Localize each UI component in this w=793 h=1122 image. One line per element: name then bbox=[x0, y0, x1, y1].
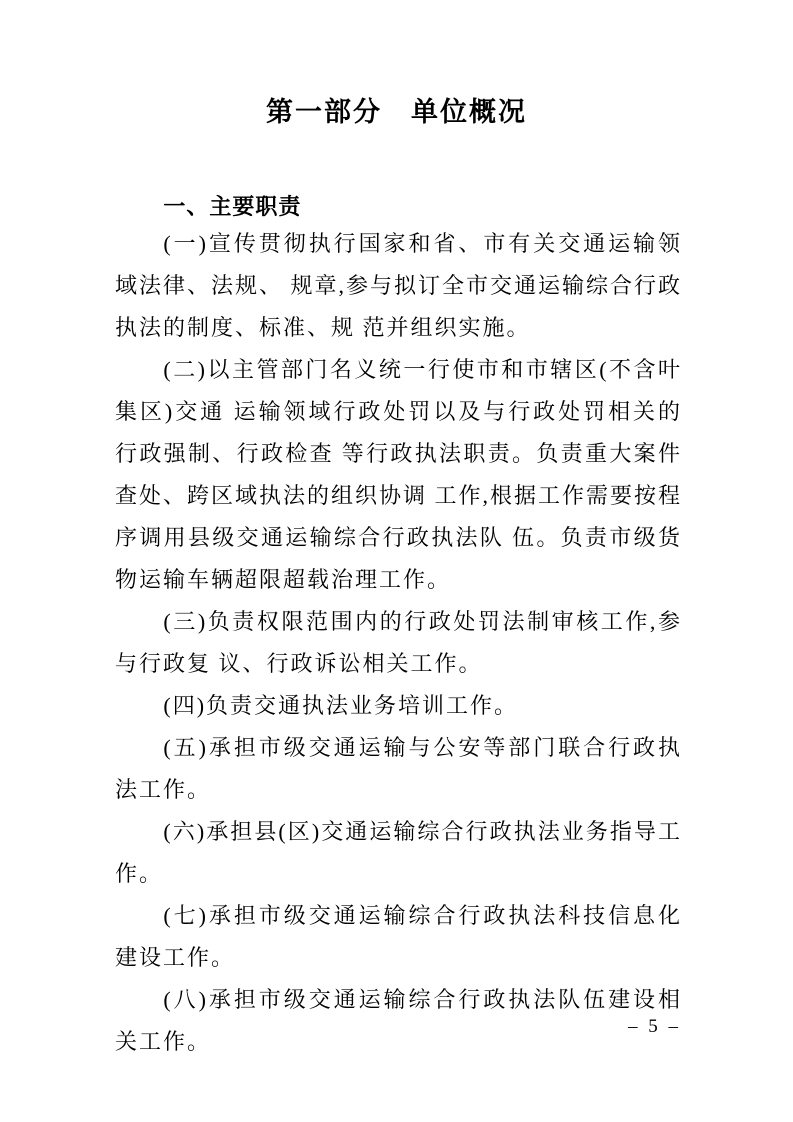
paragraph-list: (一)宣传贯彻执行国家和省、市有关交通运输领域法律、法规、 规章,参与拟订全市交… bbox=[115, 223, 682, 1063]
section-heading: 一、主要职责 bbox=[115, 193, 682, 221]
paragraph-7: (七)承担市级交通运输综合行政执法科技信息化建设工作。 bbox=[115, 895, 682, 979]
page-number: – 5 – bbox=[628, 1016, 681, 1038]
document-page: 第一部分 单位概况 一、主要职责 (一)宣传贯彻执行国家和省、市有关交通运输领域… bbox=[0, 0, 793, 1122]
document-body: 一、主要职责 (一)宣传贯彻执行国家和省、市有关交通运输领域法律、法规、 规章,… bbox=[0, 193, 793, 1063]
paragraph-1: (一)宣传贯彻执行国家和省、市有关交通运输领域法律、法规、 规章,参与拟订全市交… bbox=[115, 223, 682, 349]
document-title: 第一部分 单位概况 bbox=[0, 0, 793, 131]
paragraph-5: (五)承担市级交通运输与公安等部门联合行政执法工作。 bbox=[115, 727, 682, 811]
paragraph-6: (六)承担县(区)交通运输综合行政执法业务指导工作。 bbox=[115, 811, 682, 895]
paragraph-3: (三)负责权限范围内的行政处罚法制审核工作,参与行政复 议、行政诉讼相关工作。 bbox=[115, 601, 682, 685]
paragraph-8: (八)承担市级交通运输综合行政执法队伍建设相关工作。 bbox=[115, 979, 682, 1063]
paragraph-2: (二)以主管部门名义统一行使市和市辖区(不含叶集区)交通 运输领域行政处罚以及与… bbox=[115, 349, 682, 601]
paragraph-4: (四)负责交通执法业务培训工作。 bbox=[115, 685, 682, 727]
